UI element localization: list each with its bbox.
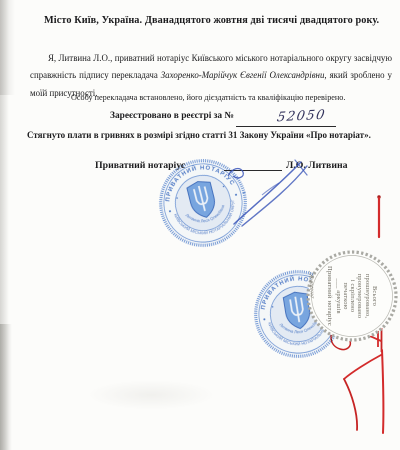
scan-smudge-left: [0, 324, 12, 450]
scan-edge-shadow-top: [0, 0, 15, 95]
sticker-rotated-text: Всього прошнуровано, пронумеровано і скр…: [314, 258, 390, 334]
registry-label: Зареєстровано в реєстрі за №: [110, 111, 234, 121]
sticker-line: Всього: [371, 286, 378, 306]
document-heading: Місто Київ, Україна. Дванадцятого жовтня…: [44, 15, 391, 26]
scan-smudge-bottom: [86, 380, 216, 410]
binding-sticker: Всього прошнуровано, пронумеровано і скр…: [304, 248, 400, 344]
signature-underline: [224, 170, 282, 171]
sticker-line: і скріплено: [349, 280, 356, 313]
sticker-line: печаткою: [342, 282, 349, 309]
notarial-document-page: ПРИВАТНИЙ НОТАРІУС КИЇВСЬКИЙ МІСЬКИЙ НОТ…: [0, 0, 400, 450]
notary-title: Приватний нотаріус: [95, 160, 185, 171]
notary-name: Л.О. Литвина: [286, 160, 348, 171]
sticker-line: пронумеровано: [356, 274, 363, 319]
sticker-line: прошнуровано,: [363, 274, 370, 318]
translator-name: Захоренко-Марійчук Євгенії Олександрівни: [161, 70, 325, 80]
sticker-line: ___ аркушів: [334, 278, 341, 313]
registry-underline: [236, 126, 336, 127]
registry-number-handwritten: 52050: [276, 108, 327, 126]
fee-line: Стягнуто плати в гривнях в розмірі згідн…: [27, 131, 382, 141]
sticker-signature: Литвина: [307, 270, 316, 300]
identity-verification-line: Особу перекладача встановлено, його дієз…: [71, 93, 341, 102]
sticker-notary-title: Приватний нотаріус: [326, 266, 333, 326]
